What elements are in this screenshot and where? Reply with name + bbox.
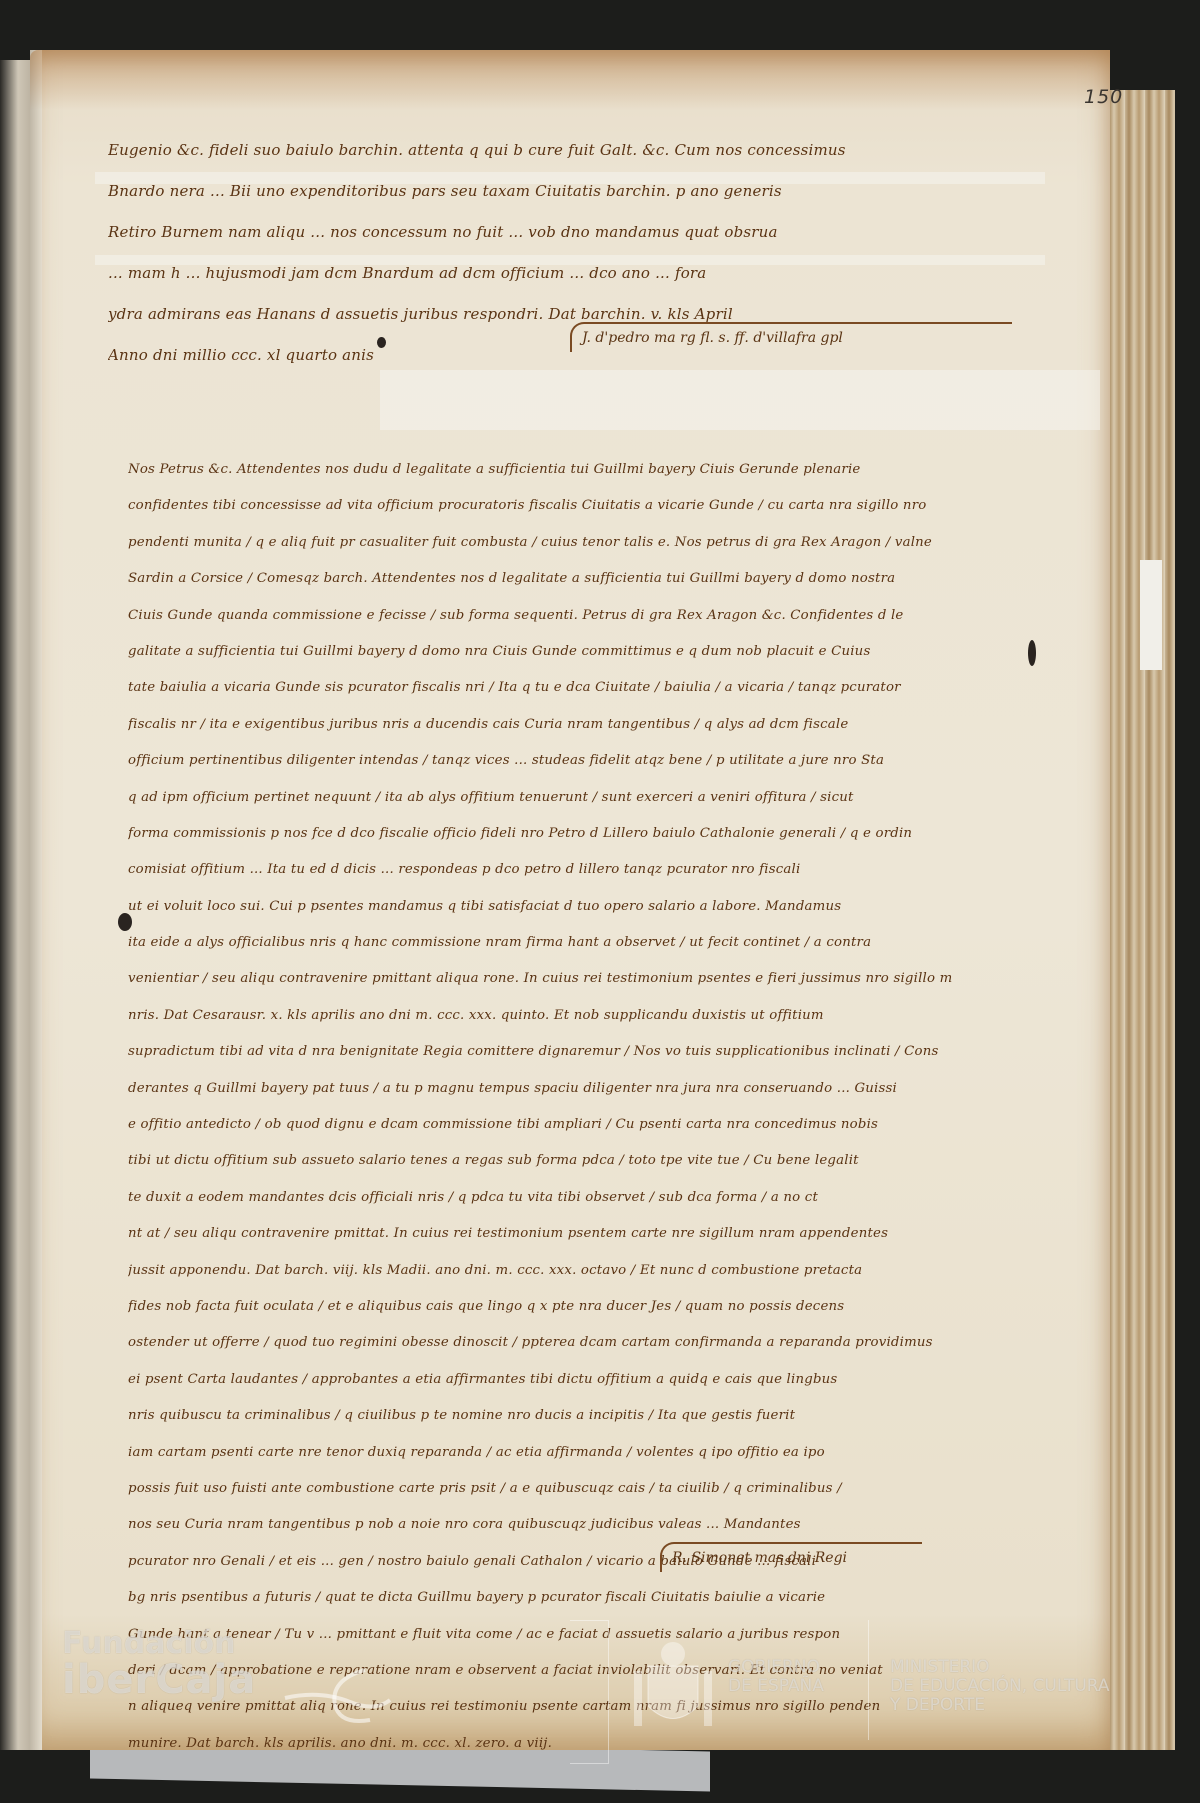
text-line: te duxit a eodem mandantes dcis official… (128, 1180, 1048, 1216)
text-line: comisiat offitium ... Ita tu ed d dicis … (128, 852, 1048, 888)
gobierno-de-espana-text: GOBIERNO DE ESPAÑA (728, 1658, 824, 1696)
text-line: fides nob facta fuit oculata / et e aliq… (128, 1289, 1048, 1325)
text-line: galitate a sufficientia tui Guillmi baye… (128, 634, 1048, 670)
text-line: Eugenio &c. fideli suo baiulo barchin. a… (108, 130, 1058, 171)
deporte-line: Y DEPORTE (890, 1696, 1110, 1715)
text-line: Ciuis Gunde quanda commissione e fecisse… (128, 598, 1048, 634)
text-line: confidentes tibi concessisse ad vita off… (128, 488, 1048, 524)
text-line: fiscalis nr / ita e exigentibus juribus … (128, 707, 1048, 743)
text-line: supradictum tibi ad vita d nra benignita… (128, 1034, 1048, 1070)
ministerio-line: MINISTERIO (890, 1658, 1110, 1677)
text-line: ostender ut offerre / quod tuo regimini … (128, 1325, 1048, 1361)
book-binding-edge (0, 60, 30, 1750)
educacion-cultura-line: DE EDUCACIÓN, CULTURA (890, 1677, 1110, 1696)
text-line: tate baiulia a vicaria Gunde sis pcurato… (128, 670, 1048, 706)
text-line: Retiro Burnem nam aliqu ... nos concessu… (108, 212, 1058, 253)
text-line: Bnardo nera ... Bii uno expenditoribus p… (108, 171, 1058, 212)
text-line: e offitio antedicto / ob quod dignu e dc… (128, 1107, 1048, 1143)
ministerio-text: MINISTERIO DE EDUCACIÓN, CULTURA Y DEPOR… (890, 1658, 1110, 1715)
ink-blot (1028, 640, 1036, 666)
text-line: ita eide a alys officialibus nris q hanc… (128, 925, 1048, 961)
signature-upper: J. d'pedro ma rg fl. s. ff. d'villafra g… (570, 322, 1012, 352)
text-line: derantes q Guillmi bayery pat tuus / a t… (128, 1071, 1048, 1107)
page-stack-edge (1105, 90, 1175, 1750)
espana-line: DE ESPAÑA (728, 1677, 824, 1696)
text-line: ... mam h ... hujusmodi jam dcm Bnardum … (108, 253, 1058, 294)
ink-blot (118, 913, 132, 931)
watermark-divider (868, 1620, 869, 1740)
gobierno-bar-icon (570, 1620, 609, 1764)
text-line: Sardin a Corsice / Comesqz barch. Attend… (128, 561, 1048, 597)
text-line: venientiar / seu aliqu contravenire pmit… (128, 961, 1048, 997)
paper-tab (1140, 560, 1162, 670)
ibercaja-text: iberCaja (62, 1662, 256, 1698)
coat-of-arms-icon (632, 1636, 714, 1732)
repair-strip (380, 370, 1100, 430)
text-line: nt at / seu aliqu contravenire pmittat. … (128, 1216, 1048, 1252)
gobierno-line: GOBIERNO (728, 1658, 824, 1677)
water-stain (30, 50, 1110, 110)
text-line: ei psent Carta laudantes / approbantes a… (128, 1362, 1048, 1398)
text-line: ut ei voluit loco sui. Cui p psentes man… (128, 889, 1048, 925)
ibercaja-swirl-icon (280, 1660, 400, 1730)
text-line: Nos Petrus &c. Attendentes nos dudu d le… (128, 452, 1048, 488)
text-line: iam cartam psenti carte nre tenor duxiq … (128, 1435, 1048, 1471)
text-line: jussit apponendu. Dat barch. viij. kls M… (128, 1253, 1048, 1289)
text-line: nris quibuscu ta criminalibus / q ciuili… (128, 1398, 1048, 1434)
text-line: nos seu Curia nram tangentibus p nob a n… (128, 1507, 1048, 1543)
signature-lower: R. Simonet mas dni Regi (660, 1542, 922, 1572)
ink-blot (377, 337, 386, 348)
fundacion-ibercaja-logo: Fundación iberCaja (62, 1626, 256, 1698)
text-line: tibi ut dictu offitium sub assueto salar… (128, 1143, 1048, 1179)
text-line: forma commissionis p nos fce d dco fisca… (128, 816, 1048, 852)
text-line: bg nris psentibus a futuris / quat te di… (128, 1580, 1048, 1616)
text-line: officium pertinentibus diligenter intend… (128, 743, 1048, 779)
text-line: possis fuit uso fuisti ante combustione … (128, 1471, 1048, 1507)
text-line: nris. Dat Cesarausr. x. kls aprilis ano … (128, 998, 1048, 1034)
text-line: q ad ipm officium pertinet nequunt / ita… (128, 780, 1048, 816)
folio-number: 150 (1084, 86, 1123, 108)
text-line: pendenti munita / q e aliq fuit pr casua… (128, 525, 1048, 561)
